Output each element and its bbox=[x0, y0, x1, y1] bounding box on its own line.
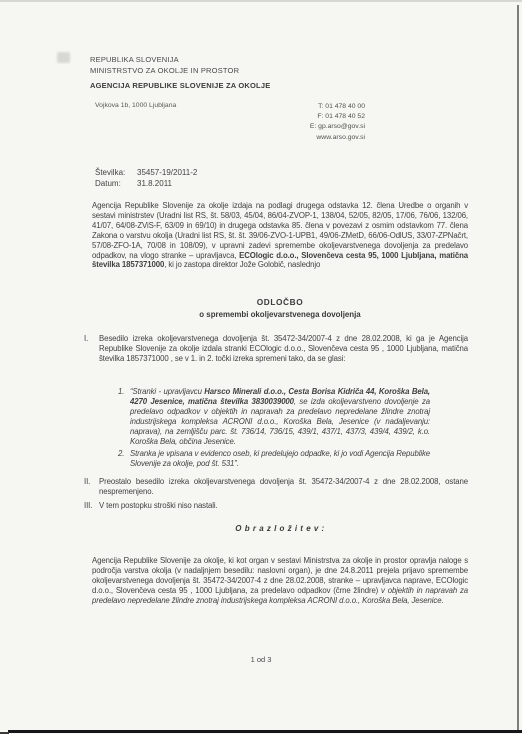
explanation-heading: O b r a z l o ž i t e v : bbox=[92, 524, 468, 533]
doc-number-value: 35457-19/2011-2 bbox=[137, 168, 197, 177]
doc-date-value: 31.8.2011 bbox=[137, 179, 172, 188]
subitem-1-label: 1. bbox=[118, 387, 127, 446]
contact-website: www.arso.gov.si bbox=[250, 133, 365, 143]
subitem-2-label: 2. bbox=[118, 449, 127, 469]
item-i-label: I. bbox=[84, 334, 97, 364]
item-i-text: Besedilo izreka okoljevarstvenega dovolj… bbox=[99, 334, 468, 364]
coat-of-arms-icon bbox=[57, 52, 70, 63]
header-ministry: MINISTRSTVO ZA OKOLJE IN PROSTOR bbox=[90, 66, 239, 77]
scan-edge-right bbox=[517, 5, 519, 730]
item-ii: II. Preostalo besedilo izreka okoljevars… bbox=[84, 477, 468, 497]
item-iii-text: V tem postopku stroški niso nastali. bbox=[99, 501, 468, 511]
doc-date-label: Datum: bbox=[95, 179, 137, 190]
explanation-text-post: . bbox=[441, 596, 443, 605]
contact-block: T: 01 478 40 00 F: 01 478 40 52 E: gp.ar… bbox=[250, 102, 365, 143]
contact-email: E: gp.arso@gov.si bbox=[250, 122, 365, 132]
explanation-paragraph: Agencija Republike Slovenije za okolje, … bbox=[92, 556, 468, 606]
decision-title: ODLOČBO bbox=[92, 297, 468, 307]
decision-subtitle: o spremembi okoljevarstvenega dovoljenja bbox=[92, 310, 468, 319]
item-iii-label: III. bbox=[84, 501, 97, 511]
doc-number-row: Številka:35457-19/2011-2 bbox=[95, 168, 197, 179]
document-page: REPUBLIKA SLOVENIJA MINISTRSTVO ZA OKOLJ… bbox=[0, 0, 522, 734]
doc-number-label: Številka: bbox=[95, 168, 137, 179]
scan-edge-bottom bbox=[8, 730, 522, 733]
item-i: I. Besedilo izreka okoljevarstvenega dov… bbox=[84, 334, 468, 364]
page-indicator: 1 od 3 bbox=[0, 655, 522, 664]
subitem-1: 1. “Stranki - upravljavcu Harsco Mineral… bbox=[118, 387, 430, 446]
letterhead: REPUBLIKA SLOVENIJA MINISTRSTVO ZA OKOLJ… bbox=[90, 55, 239, 76]
contact-phone: T: 01 478 40 00 bbox=[250, 102, 365, 112]
subitem-1-text: “Stranki - upravljavcu Harsco Minerali d… bbox=[130, 387, 430, 446]
header-agency: AGENCIJA REPUBLIKE SLOVENIJE ZA OKOLJE bbox=[90, 81, 270, 90]
header-country: REPUBLIKA SLOVENIJA bbox=[90, 55, 239, 66]
item-ii-text: Preostalo besedilo izreka okoljevarstven… bbox=[99, 477, 468, 497]
subitem-1-pre: “Stranki - upravljavcu bbox=[130, 387, 204, 396]
scan-edge-top bbox=[0, 0, 522, 2]
doc-date-row: Datum:31.8.2011 bbox=[95, 179, 197, 190]
header-address: Vojkova 1b, 1000 Ljubljana bbox=[95, 102, 176, 109]
subitem-2: 2. Stranka je vpisana v evidenco oseb, k… bbox=[118, 449, 430, 469]
subitem-2-text: Stranka je vpisana v evidenco oseb, ki p… bbox=[130, 449, 430, 469]
item-ii-label: II. bbox=[84, 477, 97, 497]
intro-text-post: , ki jo zastopa direktor Jože Golobič, n… bbox=[164, 260, 320, 269]
doc-meta: Številka:35457-19/2011-2 Datum:31.8.2011 bbox=[95, 168, 197, 189]
item-iii: III. V tem postopku stroški niso nastali… bbox=[84, 501, 468, 511]
contact-fax: F: 01 478 40 52 bbox=[250, 112, 365, 122]
intro-paragraph: Agencija Republike Slovenije za okolje i… bbox=[92, 201, 468, 270]
